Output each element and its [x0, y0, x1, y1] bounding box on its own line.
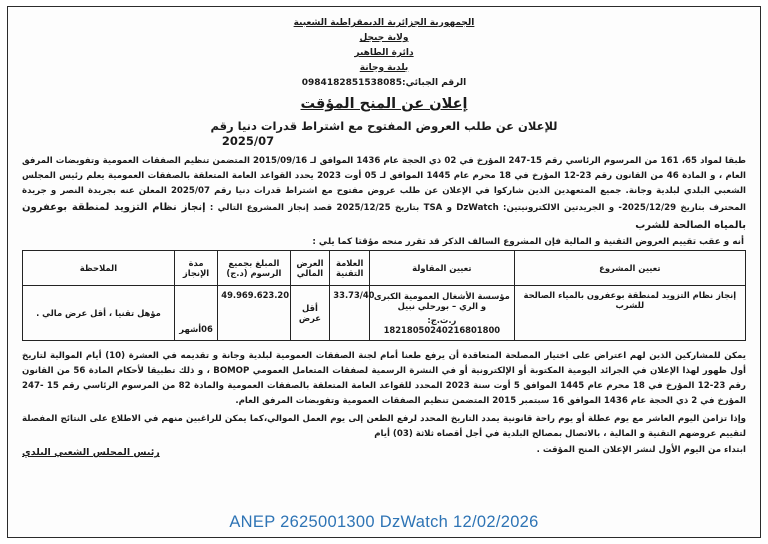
- col-header-technical-score: العلامة التقنية: [330, 251, 370, 286]
- subtitle: للإعلان عن طلب العروض المفتوح مع اشتراط …: [22, 119, 746, 133]
- cell-note: مؤهل تقنيا ، أقل عرض مالي .: [23, 286, 175, 341]
- award-table: تعيين المشروع تعيين المقاولة العلامة الت…: [22, 250, 746, 341]
- intro-paragraph: طبقا لمواد 65، 161 من المرسوم الرئاسي رق…: [22, 154, 746, 234]
- cell-financial-offer: أقل عرض: [290, 286, 330, 341]
- cell-technical-score: 33.73/40: [330, 286, 370, 341]
- closing-paragraph: وإذا تزامن اليوم العاشر مع يوم عطلة أو ي…: [22, 412, 746, 442]
- col-header-amount: المبلغ بجميع الرسوم (د.ج): [218, 251, 290, 286]
- table-row: إنجاز نظام التزويد لمنطقة بوعفرون بالميا…: [23, 286, 746, 341]
- announcement-document: الجمهورية الجزائرية الديمقراطية الشعبية …: [22, 18, 746, 458]
- cell-contractor: مؤسسة الأشغال العمومية الكبرى و الري – ب…: [370, 286, 515, 341]
- republic-line: الجمهورية الجزائرية الديمقراطية الشعبية: [22, 18, 746, 28]
- col-header-contractor: تعيين المقاولة: [370, 251, 515, 286]
- closing-tail: ابتداء من اليوم الأول لنشر الإعلان المنح…: [537, 445, 746, 455]
- appeal-paragraph: يمكن للمشاركين الذين لهم اعتراض على اختي…: [22, 349, 746, 409]
- cell-duration: 06أشهر: [174, 286, 217, 341]
- col-header-financial-offer: العرض المالي: [290, 251, 330, 286]
- tender-number: 2025/07: [222, 134, 274, 148]
- cell-amount: 49.969.623.20: [218, 286, 290, 341]
- table-header-row: تعيين المشروع تعيين المقاولة العلامة الت…: [23, 251, 746, 286]
- signature-title: رئيس المجلس الشعبي البلدي: [22, 447, 160, 458]
- anep-footer: ANEP 2625001300 DzWatch 12/02/2026: [0, 513, 768, 532]
- tax-number: الرقم الجبائي:0984182851538085: [22, 78, 746, 88]
- closing-line: ابتداء من اليوم الأول لنشر الإعلان المنح…: [22, 445, 746, 458]
- col-header-note: الملاحظة: [23, 251, 175, 286]
- commune-line: بلدية وجانة: [22, 63, 746, 73]
- col-header-duration: مدة الإنجاز: [174, 251, 217, 286]
- pre-table-line: أنه و عقب تقييم العروض التقنية و المالية…: [22, 237, 744, 247]
- daira-line: دائرة الطاهير: [22, 48, 746, 58]
- contractor-name: مؤسسة الأشغال العمومية الكبرى و الري – ب…: [373, 291, 511, 311]
- contractor-registration: ر.ت.ج: 18218050240216801800: [373, 315, 511, 335]
- col-header-project: تعيين المشروع: [514, 251, 745, 286]
- page-title: إعلان عن المنح المؤقت: [22, 96, 746, 112]
- wilaya-line: ولاية جيجل: [22, 33, 746, 43]
- cell-project: إنجاز نظام التزويد لمنطقة بوعفرون بالميا…: [514, 286, 745, 341]
